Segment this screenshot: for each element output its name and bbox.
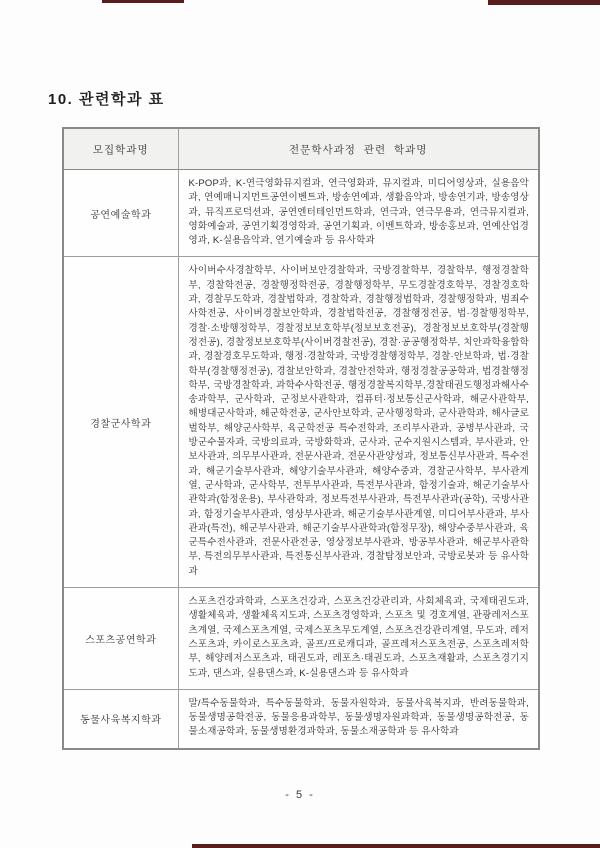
table-header-row: 모집학과명 전문학사과정 관련 학과명 (63, 128, 539, 170)
column-header-department: 모집학과명 (63, 128, 178, 170)
page-edge-artifact-bottom (192, 844, 600, 848)
page-edge-artifact-top-left (102, 0, 184, 3)
department-name-cell: 스포츠공연학과 (63, 588, 178, 690)
table-row-sports-performance: 스포츠공연학과 스포츠건강과학과, 스포츠건강과, 스포츠건강관리과, 사회체육… (63, 588, 539, 690)
table-row-animal-care-welfare: 동물사육복지학과 말/특수동물학과, 특수동물학과, 동물자원학과, 동물사육복… (63, 689, 539, 748)
related-departments-table: 모집학과명 전문학사과정 관련 학과명 공연예술학과 K-POP과, K-연극영… (62, 127, 540, 750)
page-number: - 5 - (0, 789, 600, 801)
related-departments-cell: 말/특수동물학과, 특수동물학과, 동물자원학과, 동물사육복지과, 반려동물학… (178, 689, 539, 748)
column-header-related-departments: 전문학사과정 관련 학과명 (178, 128, 539, 170)
table-row-police-military: 경찰군사학과 사이버수사경찰학부, 사이버보안경찰학과, 국방경찰학부, 경찰학… (63, 257, 539, 588)
page-edge-artifact-top-right (488, 0, 600, 5)
related-departments-cell: K-POP과, K-연극영화뮤지컬과, 연극영화과, 뮤지컬과, 미디어영상과,… (178, 170, 539, 257)
department-name-cell: 동물사육복지학과 (63, 689, 178, 748)
table-row-performing-arts: 공연예술학과 K-POP과, K-연극영화뮤지컬과, 연극영화과, 뮤지컬과, … (63, 170, 539, 257)
page-title: 10. 관련학과 표 (48, 88, 165, 109)
related-departments-cell: 사이버수사경찰학부, 사이버보안경찰학과, 국방경찰학부, 경찰학부, 행정경찰… (178, 257, 539, 588)
department-name-cell: 경찰군사학과 (63, 257, 178, 588)
department-name-cell: 공연예술학과 (63, 170, 178, 257)
related-departments-cell: 스포츠건강과학과, 스포츠건강과, 스포츠건강관리과, 사회체육과, 국제태권도… (178, 588, 539, 690)
